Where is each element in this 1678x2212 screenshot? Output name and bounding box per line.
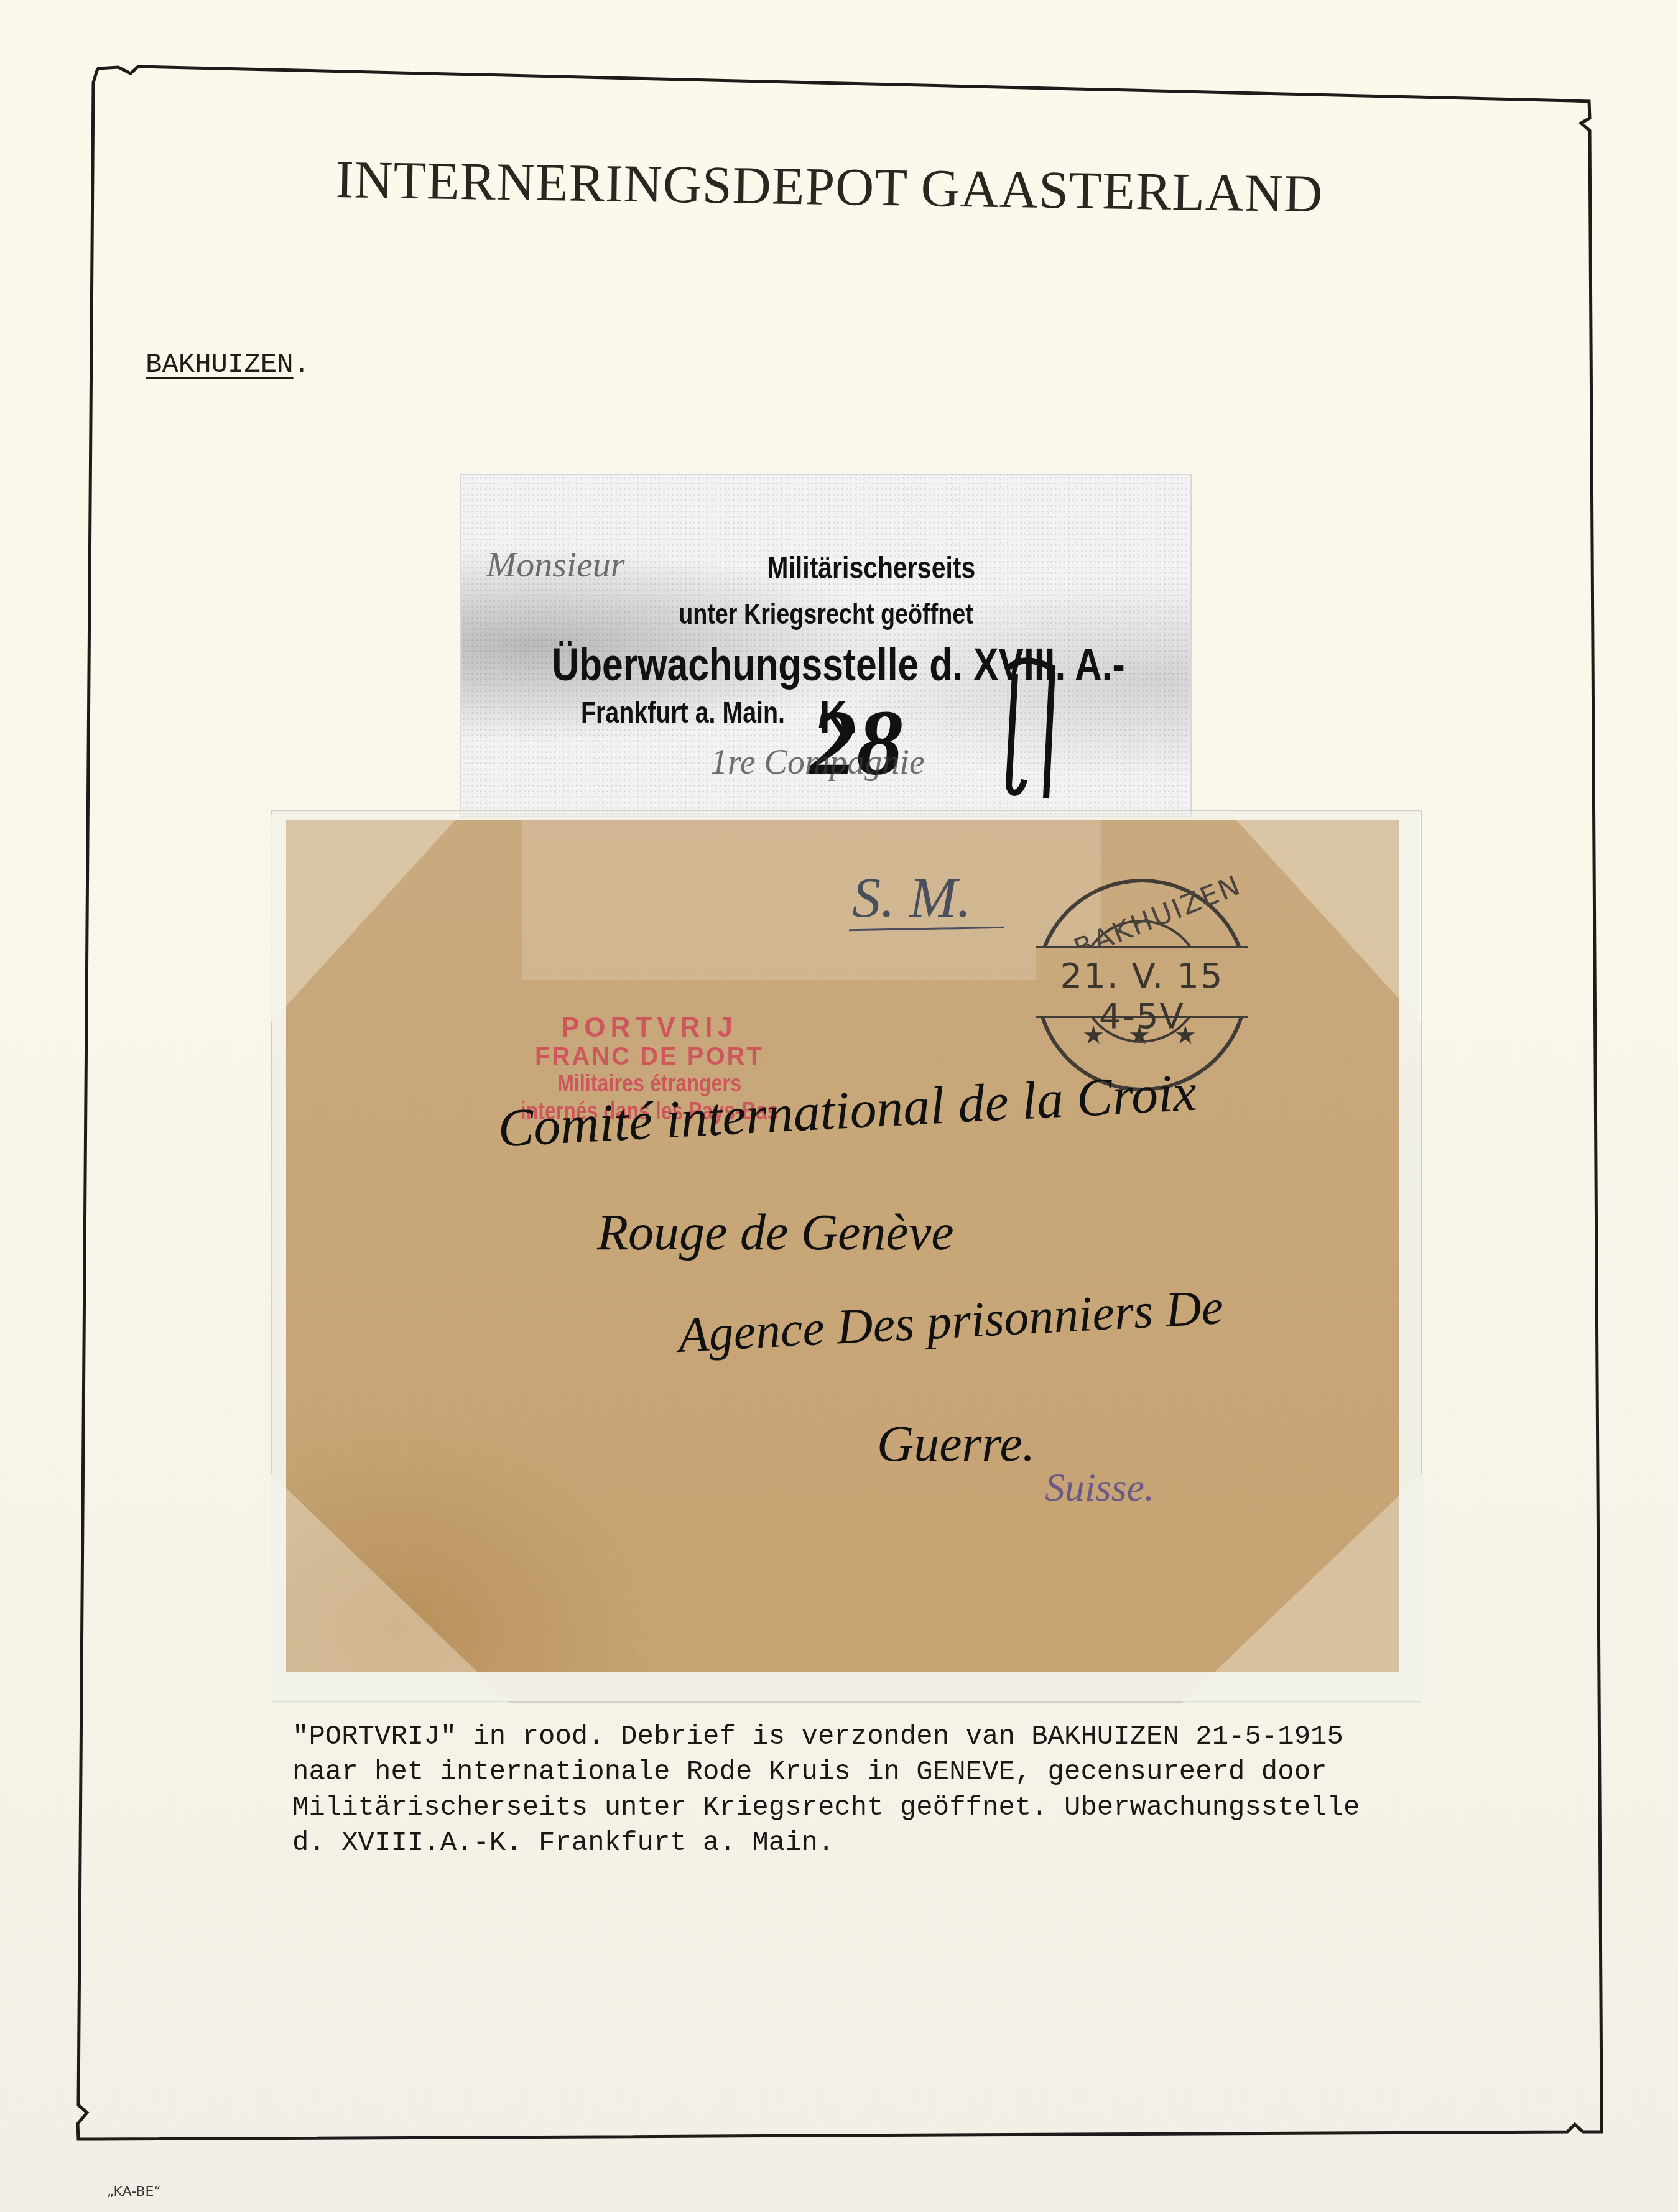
handwritten-flourish <box>996 655 1071 805</box>
location-label: BAKHUIZEN <box>146 349 294 381</box>
caption-line: naar het internationale Rode Kruis in GE… <box>292 1755 1412 1790</box>
censor-label-photocopy: Monsieur Militärischerseits unter Kriegs… <box>460 474 1192 817</box>
postmark-stars-icon: ★★★ <box>1039 1020 1245 1050</box>
caption-line: d. XVIII.A.-K. Frankfurt a. Main. <box>292 1826 1412 1861</box>
caption-line: Militärischerseits unter Kriegsrecht geö… <box>292 1790 1412 1826</box>
postmark-bakhuizen: BAKHUIZEN 21. V. 15 4-5V ★★★ <box>1036 879 1248 1091</box>
handwritten-sm-mark: S. M. <box>852 864 971 930</box>
cachet-line-2: FRANC DE PORT <box>488 1043 811 1071</box>
censor-stamp-line-2: unter Kriegsrecht geöffnet <box>527 597 1124 631</box>
description-caption: "PORTVRIJ" in rood. Debrief is verzonden… <box>292 1719 1412 1861</box>
address-line-2: Rouge de Genève <box>597 1203 954 1262</box>
envelope-flap-shade <box>522 820 1101 980</box>
censor-stamp-line-4: Frankfurt a. Main. <box>460 696 982 730</box>
address-line-4: Guerre. <box>877 1415 1035 1473</box>
album-maker-mark: „KA-BE“ <box>107 2184 161 2200</box>
caption-line: "PORTVRIJ" in rood. Debrief is verzonden… <box>292 1719 1412 1755</box>
address-country-pencil: Suisse. <box>1045 1465 1154 1511</box>
cachet-line-1: PORTVRIJ <box>488 1012 811 1043</box>
location-suffix: . <box>294 349 310 381</box>
censor-stamp-line-1: Militärischerseits <box>532 550 1170 586</box>
handwritten-footer: 1re Compagnie <box>710 743 925 782</box>
location-heading: BAKHUIZEN. <box>146 349 310 381</box>
